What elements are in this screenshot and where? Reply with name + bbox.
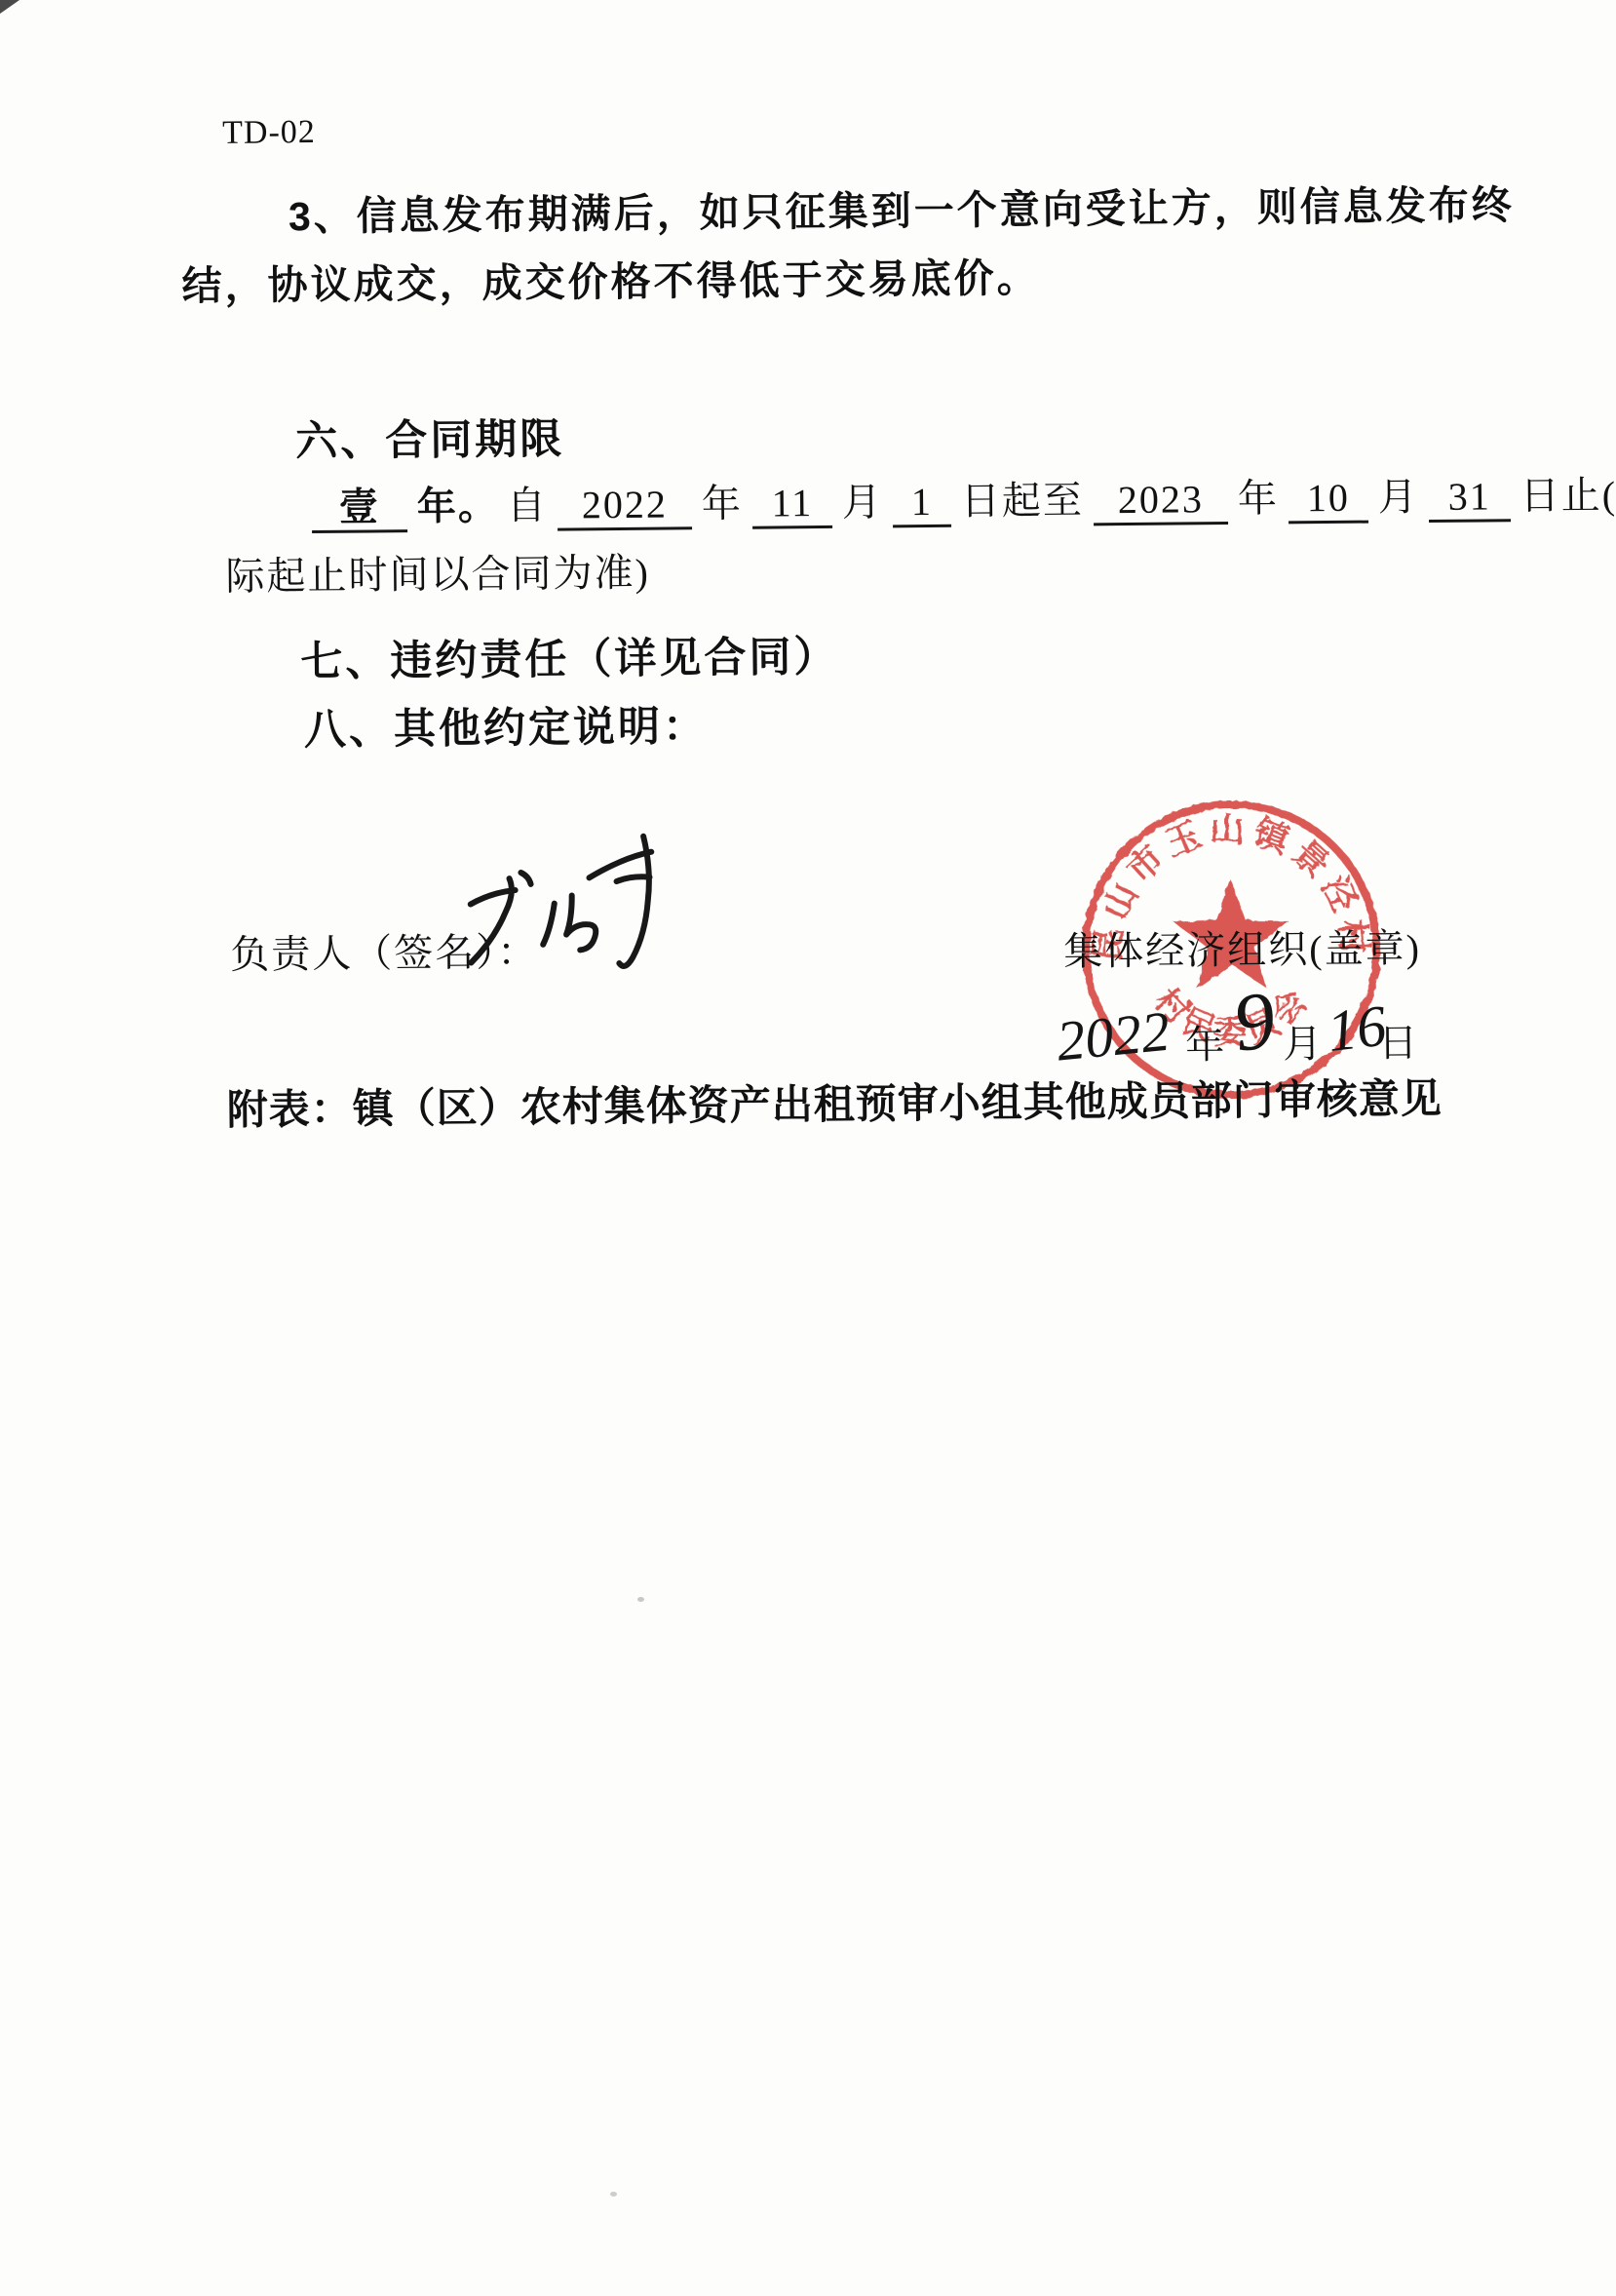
section6-heading: 六、合同期限 bbox=[295, 407, 565, 469]
section7-heading: 七、违约责任（详见合同） bbox=[300, 624, 839, 688]
term-duration-blank: 壹 bbox=[312, 485, 407, 533]
term-line: 壹年。自2022年11月1日起至2023年10月31日止(实 bbox=[306, 464, 1616, 533]
term-year-word2: 年 bbox=[1238, 477, 1279, 521]
scanned-document-page: TD-02 3、信息发布期满后，如只征集到一个意向受让方，则信息发布终 结，协议… bbox=[0, 0, 1616, 2296]
date-year-word: 年 bbox=[1185, 1014, 1227, 1070]
form-code: TD-02 bbox=[222, 114, 316, 152]
handwritten-signature bbox=[452, 826, 698, 1003]
section8-heading: 八、其他约定说明： bbox=[304, 693, 709, 757]
date-day-handwritten: 16 bbox=[1324, 992, 1389, 1066]
attachment-line: 附表：镇（区）农村集体资产出租预审小组其他成员部门审核意见 bbox=[226, 1067, 1443, 1137]
signature-strokes bbox=[452, 826, 698, 1003]
term-end-year-blank: 2023 bbox=[1094, 477, 1228, 525]
scan-speck bbox=[610, 2192, 617, 2197]
term-year-word1: 年 bbox=[702, 482, 743, 525]
term-duration-unit: 年。 bbox=[417, 484, 499, 528]
term-wrap-line: 际起止时间以合同为准) bbox=[225, 542, 650, 602]
term-start-day-blank: 1 bbox=[893, 480, 951, 528]
term-mid-words: 日起至 bbox=[961, 478, 1084, 523]
term-from-word: 自 bbox=[507, 484, 548, 527]
term-start-month-blank: 11 bbox=[752, 481, 832, 529]
scan-speck bbox=[637, 1597, 644, 1602]
term-start-year-blank: 2022 bbox=[558, 482, 692, 530]
term-end-month-blank: 10 bbox=[1289, 476, 1368, 525]
org-label: 集体经济组织(盖章) bbox=[1063, 917, 1421, 977]
date-year-handwritten: 2022 bbox=[1054, 998, 1173, 1074]
term-tail-words: 日止(实 bbox=[1520, 473, 1616, 518]
clause3-line1: 3、信息发布期满后，如只征集到一个意向受让方，则信息发布终 bbox=[289, 173, 1515, 242]
date-month-word: 月 bbox=[1283, 1013, 1325, 1069]
scan-content: TD-02 3、信息发布期满后，如只征集到一个意向受让方，则信息发布终 结，协议… bbox=[0, 0, 1616, 2296]
term-month-word1: 月 bbox=[842, 480, 883, 524]
term-end-day-blank: 31 bbox=[1429, 474, 1511, 523]
clause3-line2: 结，协议成交，成交价格不得低于交易底价。 bbox=[181, 246, 1040, 311]
term-month-word2: 月 bbox=[1378, 475, 1419, 519]
